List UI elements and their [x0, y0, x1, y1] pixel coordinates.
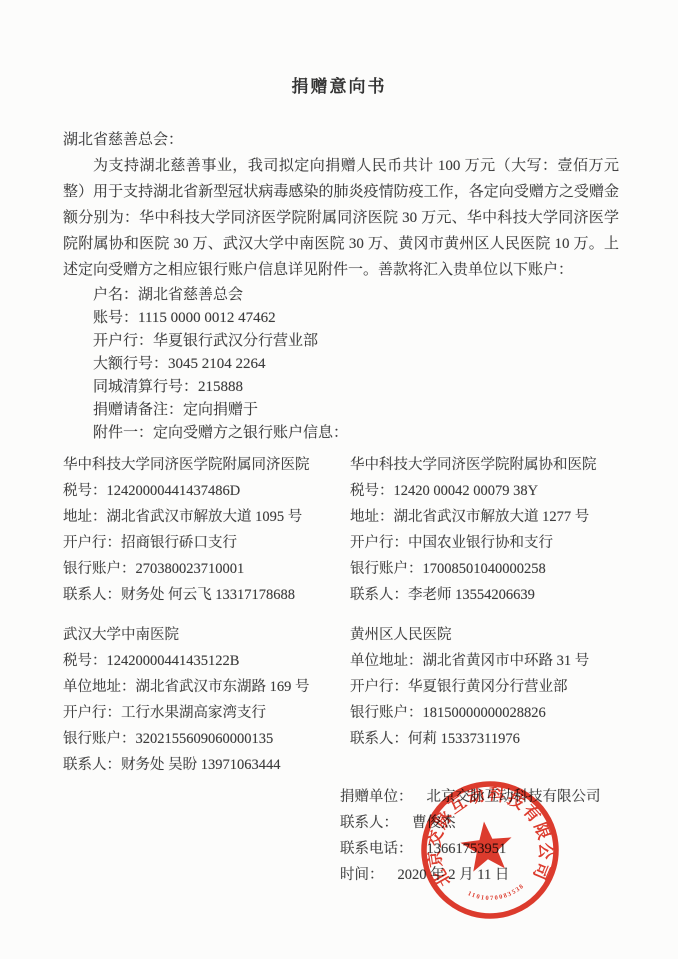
recipient-tax-id: 税号：12420000441437486D [63, 478, 350, 504]
donor-contact-label: 联系人： [340, 810, 398, 836]
cnaps-code-line: 大额行号：3045 2104 2264 [63, 353, 619, 376]
recipient-name: 华中科技大学同济医学院附属同济医院 [63, 452, 350, 478]
recipient-tax-id: 税号：12420 00042 00079 38Y [350, 478, 619, 504]
recipient-contact: 联系人：财务处 何云飞 13317178688 [63, 582, 350, 608]
account-bank-line: 开户行：华夏银行武汉分行营业部 [63, 330, 619, 353]
recipient-bank-account: 银行账户：3202155609060000135 [63, 726, 350, 752]
donor-signature-block: 捐赠单位： 北京交脉互动科技有限公司 联系人： 曹俊杰 联系电话： 136617… [340, 784, 640, 888]
recipient-name: 华中科技大学同济医学院附属协和医院 [350, 452, 619, 478]
recipient-bank: 开户行：华夏银行黄冈分行营业部 [350, 674, 619, 700]
recipient-name: 黄州区人民医院 [350, 622, 619, 648]
recipient-contact: 联系人：财务处 吴盼 13971063444 [63, 752, 350, 778]
recipient-bank: 开户行：招商银行硚口支行 [63, 530, 350, 556]
recipient-address: 地址：湖北省武汉市解放大道 1277 号 [350, 504, 619, 530]
date-label: 时间： [340, 862, 384, 888]
recipient-bank: 开户行：工行水果湖高家湾支行 [63, 700, 350, 726]
clearing-code-line: 同城清算行号：215888 [63, 376, 619, 399]
recipient-bank-account: 银行账户：18150000000028826 [350, 700, 619, 726]
account-number-line: 账号：1115 0000 0012 47462 [63, 307, 619, 330]
donation-remark-line: 捐赠请备注：定向捐赠于 [63, 399, 619, 422]
donor-company-label: 捐赠单位： [340, 784, 413, 810]
body-paragraph: 为支持湖北慈善事业，我司拟定向捐赠人民币共计 100 万元（大写：壹佰万元整）用… [63, 153, 619, 283]
attachment-title-line: 附件一：定向受赠方之银行账户信息： [63, 422, 619, 445]
recipient-bank-account: 银行账户：270380023710001 [63, 556, 350, 582]
recipient-contact: 联系人：何莉 15337311976 [350, 726, 619, 752]
recipient-tax-id: 税号：12420000441435122B [63, 648, 350, 674]
donor-phone-row: 联系电话： 13661753951 [340, 836, 640, 862]
donor-company-value: 北京交脉互动科技有限公司 [427, 784, 601, 810]
recipient-address: 地址：湖北省武汉市解放大道 1095 号 [63, 504, 350, 530]
recipient-name: 武汉大学中南医院 [63, 622, 350, 648]
recipient-bank-info-grid: 华中科技大学同济医学院附属同济医院 税号：12420000441437486D … [63, 452, 619, 778]
recipient-bank-account: 银行账户：17008501040000258 [350, 556, 619, 582]
document-title: 捐赠意向书 [0, 72, 678, 97]
recipient-block-zhongnan: 武汉大学中南医院 税号：12420000441435122B 单位地址：湖北省武… [63, 622, 350, 778]
donor-company-row: 捐赠单位： 北京交脉互动科技有限公司 [340, 784, 640, 810]
date-value: 2020 年 2 月 11 日 [398, 862, 510, 888]
recipient-block-xiehe: 华中科技大学同济医学院附属协和医院 税号：12420 00042 00079 3… [350, 452, 619, 608]
recipient-block-tongji: 华中科技大学同济医学院附属同济医院 税号：12420000441437486D … [63, 452, 350, 608]
recipient-contact: 联系人：李老师 13554206639 [350, 582, 619, 608]
donor-phone-value: 13661753951 [427, 836, 507, 862]
document-page: 捐赠意向书 湖北省慈善总会： 为支持湖北慈善事业，我司拟定向捐赠人民币共计 10… [0, 0, 678, 959]
charity-account-info: 户名：湖北省慈善总会 账号：1115 0000 0012 47462 开户行：华… [63, 284, 619, 445]
recipient-address: 单位地址：湖北省黄冈市中环路 31 号 [350, 648, 619, 674]
recipient-bank: 开户行：中国农业银行协和支行 [350, 530, 619, 556]
donor-phone-label: 联系电话： [340, 836, 413, 862]
donor-contact-value: 曹俊杰 [412, 810, 456, 836]
account-holder-line: 户名：湖北省慈善总会 [63, 284, 619, 307]
recipient-address: 单位地址：湖北省武汉市东湖路 169 号 [63, 674, 350, 700]
letter-body: 湖北省慈善总会： 为支持湖北慈善事业，我司拟定向捐赠人民币共计 100 万元（大… [63, 127, 619, 445]
salutation: 湖北省慈善总会： [63, 127, 619, 153]
recipient-block-huangzhou: 黄州区人民医院 单位地址：湖北省黄冈市中环路 31 号 开户行：华夏银行黄冈分行… [350, 622, 619, 778]
date-row: 时间： 2020 年 2 月 11 日 [340, 862, 640, 888]
donor-contact-row: 联系人： 曹俊杰 [340, 810, 640, 836]
